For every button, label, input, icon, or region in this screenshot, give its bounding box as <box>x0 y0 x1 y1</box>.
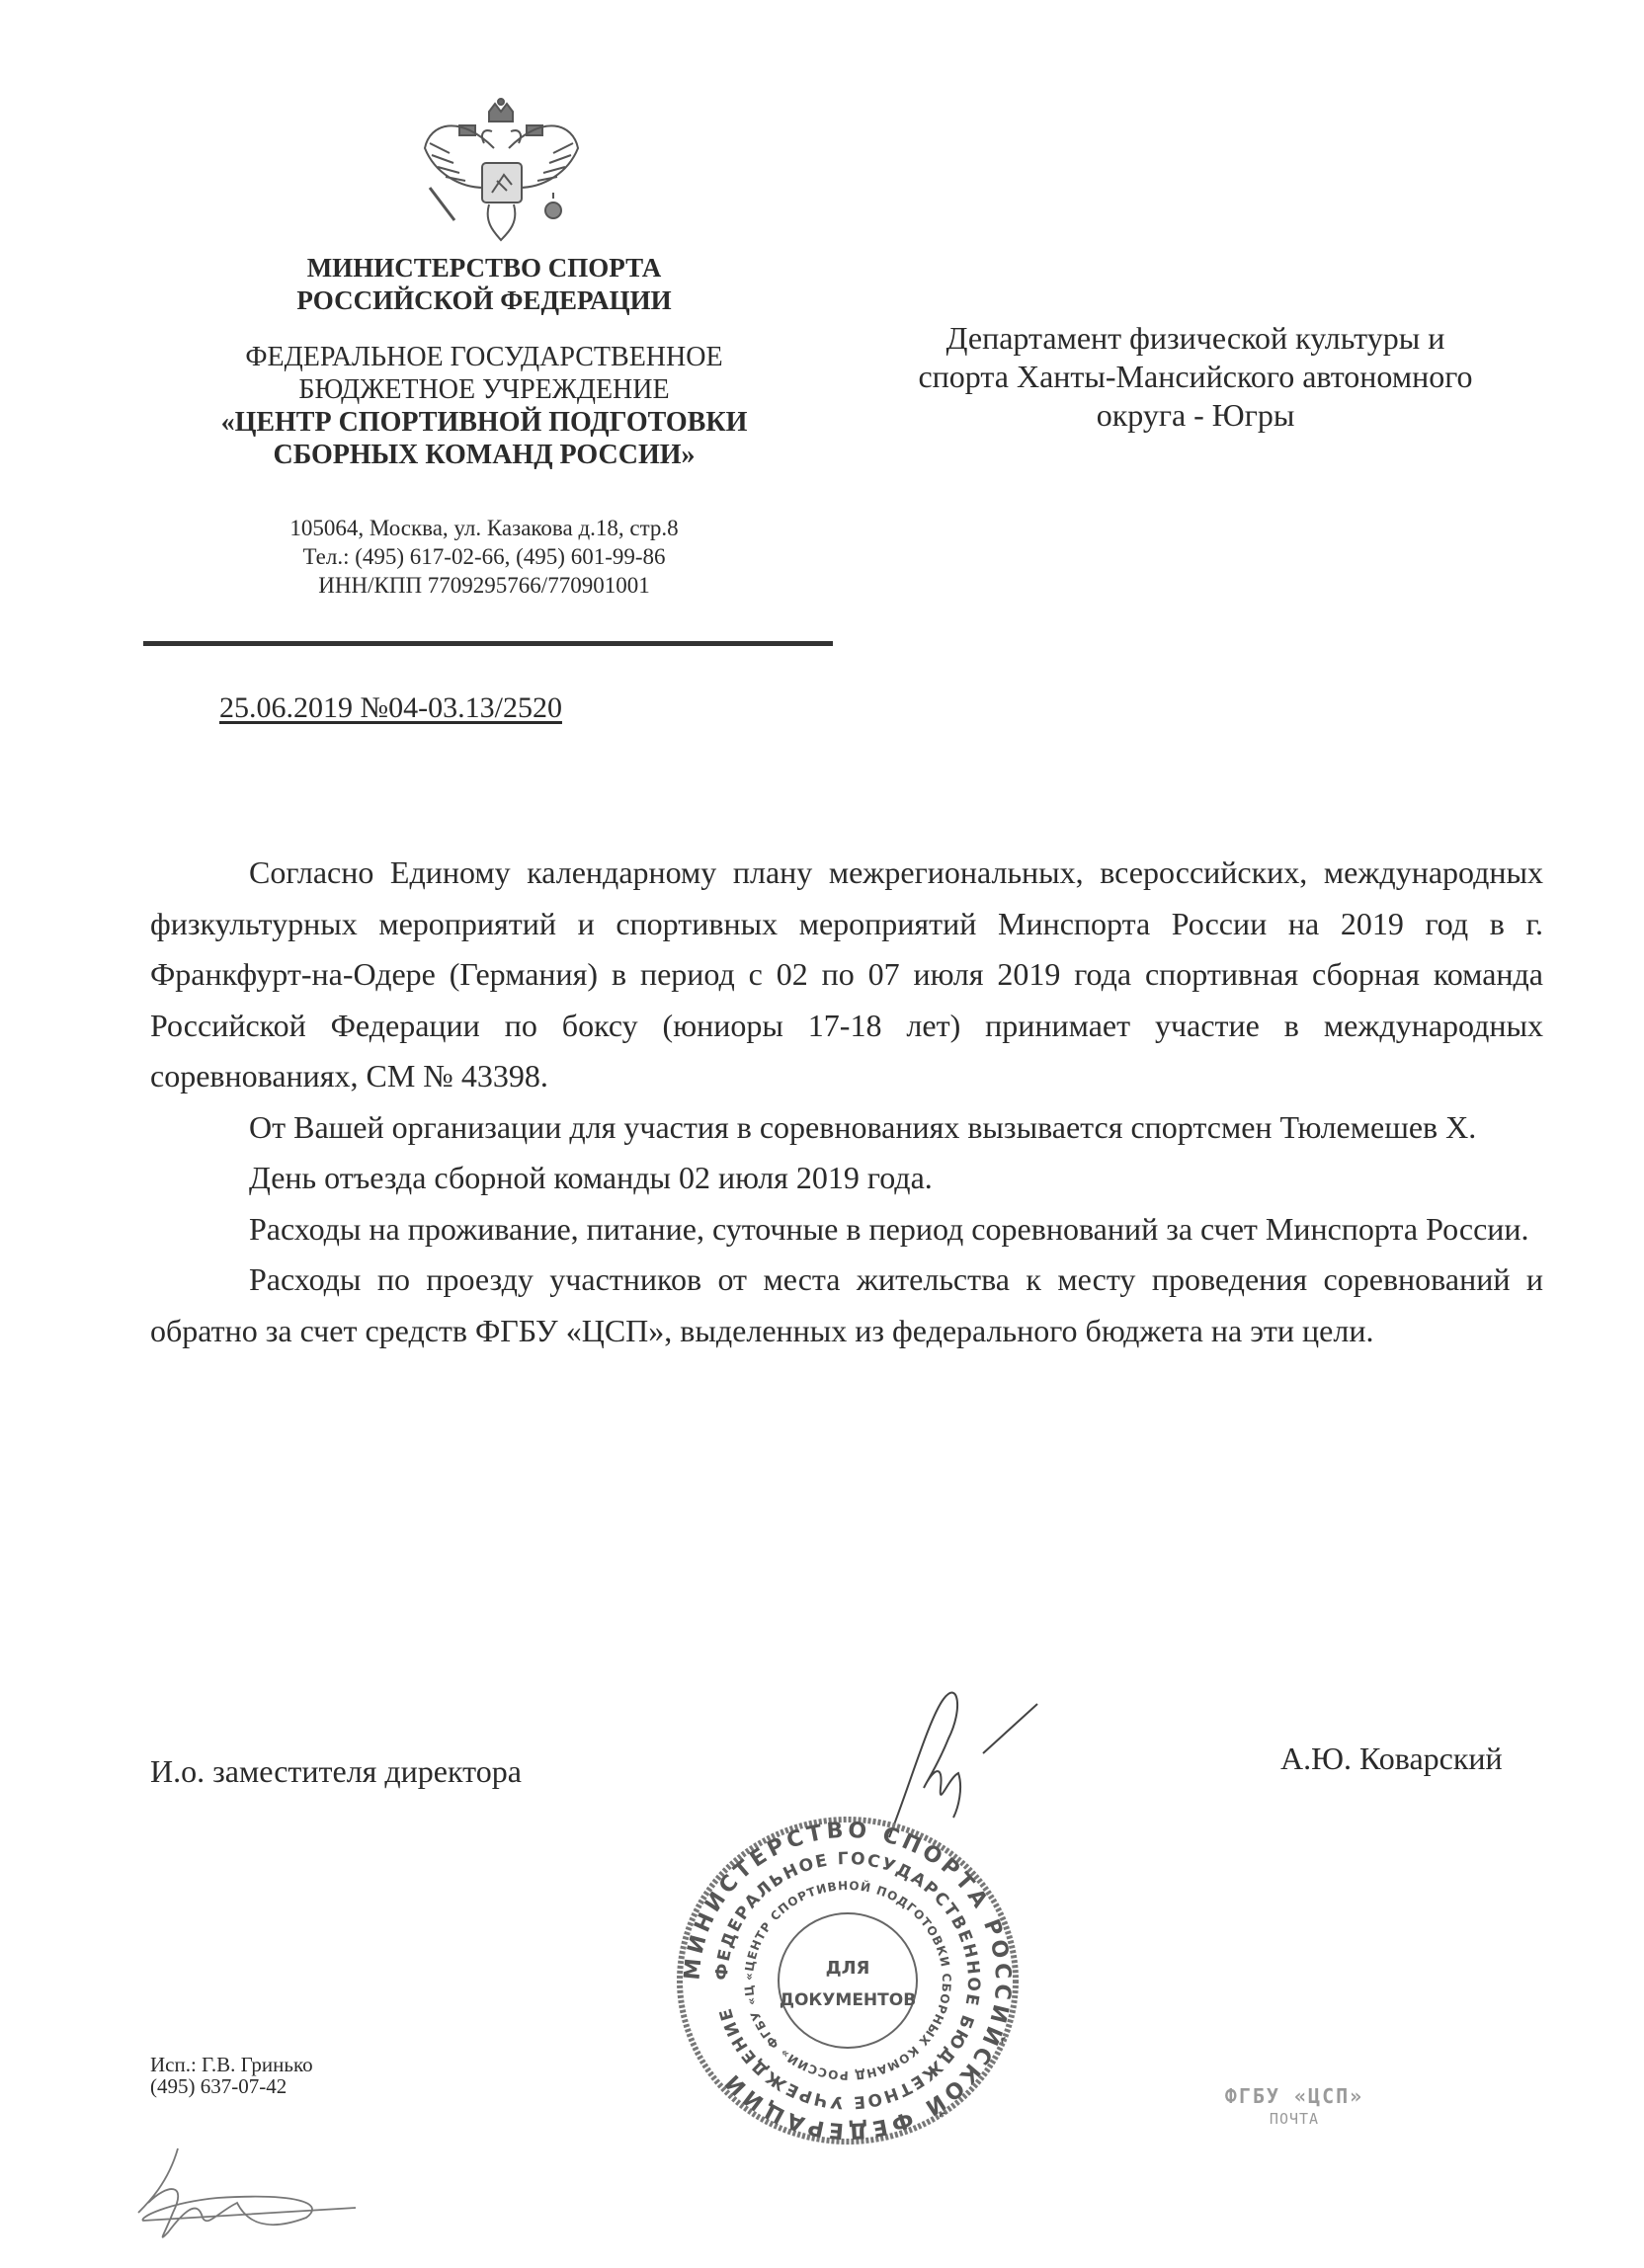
ministry-name: МИНИСТЕРСТВО СПОРТА РОССИЙСКОЙ ФЕДЕРАЦИИ <box>198 252 771 317</box>
letter-body: Согласно Единому календарному плану межр… <box>150 848 1543 1356</box>
inn-kpp: ИНН/КПП 7709295766/770901001 <box>198 571 771 600</box>
contact-block: 105064, Москва, ул. Казакова д.18, стр.8… <box>198 514 771 600</box>
address: 105064, Москва, ул. Казакова д.18, стр.8 <box>198 514 771 542</box>
registration-number: 25.06.2019 №04-03.13/2520 <box>219 691 562 725</box>
institution-type-line: БЮДЖЕТНОЕ УЧРЕЖДЕНИЕ <box>198 373 771 406</box>
ministry-line: РОССИЙСКОЙ ФЕДЕРАЦИИ <box>198 284 771 317</box>
russian-coat-of-arms-icon <box>400 94 603 252</box>
svg-text:ДОКУМЕНТОВ: ДОКУМЕНТОВ <box>780 1990 916 2010</box>
body-paragraph: Расходы на проживание, питание, суточные… <box>150 1204 1543 1255</box>
svg-text:ДЛЯ: ДЛЯ <box>826 1958 870 1979</box>
ministry-line: МИНИСТЕРСТВО СПОРТА <box>198 252 771 284</box>
body-paragraph: День отъезда сборной команды 02 июля 201… <box>150 1153 1543 1204</box>
header-divider <box>143 641 833 646</box>
executor-signature-icon <box>128 2144 385 2252</box>
executor-phone: (495) 637-07-42 <box>150 2075 313 2097</box>
body-paragraph: От Вашей организации для участия в сорев… <box>150 1102 1543 1154</box>
post-stamp-line: ПОЧТА <box>1186 2110 1403 2128</box>
recipient-block: Департамент физической культуры и спорта… <box>850 319 1541 435</box>
recipient-line: округа - Югры <box>850 396 1541 435</box>
recipient-line: Департамент физической культуры и <box>850 319 1541 358</box>
institution-name-line: «ЦЕНТР СПОРТИВНОЙ ПОДГОТОВКИ <box>198 406 771 439</box>
recipient-line: спорта Ханты-Мансийского автономного <box>850 358 1541 396</box>
executor-name: Исп.: Г.В. Гринько <box>150 2054 313 2075</box>
official-seal-icon: МИНИСТЕРСТВО СПОРТА РОССИЙСКОЙ ФЕДЕРАЦИИ… <box>670 1808 1026 2153</box>
post-stamp: ФГБУ «ЦСП» ПОЧТА <box>1186 2084 1403 2128</box>
signatory-name: А.Ю. Коварский <box>1280 1741 1503 1777</box>
institution-name: ФЕДЕРАЛЬНОЕ ГОСУДАРСТВЕННОЕ БЮДЖЕТНОЕ УЧ… <box>198 341 771 471</box>
post-stamp-line: ФГБУ «ЦСП» <box>1186 2084 1403 2108</box>
body-paragraph: Согласно Единому календарному плану межр… <box>150 848 1543 1102</box>
executor-block: Исп.: Г.В. Гринько (495) 637-07-42 <box>150 2054 313 2097</box>
body-paragraph: Расходы по проезду участников от места ж… <box>150 1255 1543 1356</box>
signatory-title: И.о. заместителя директора <box>150 1753 522 1790</box>
institution-type-line: ФЕДЕРАЛЬНОЕ ГОСУДАРСТВЕННОЕ <box>198 341 771 373</box>
phones: Тел.: (495) 617-02-66, (495) 601-99-86 <box>198 542 771 571</box>
institution-name-line: СБОРНЫХ КОМАНД РОССИИ» <box>198 439 771 471</box>
